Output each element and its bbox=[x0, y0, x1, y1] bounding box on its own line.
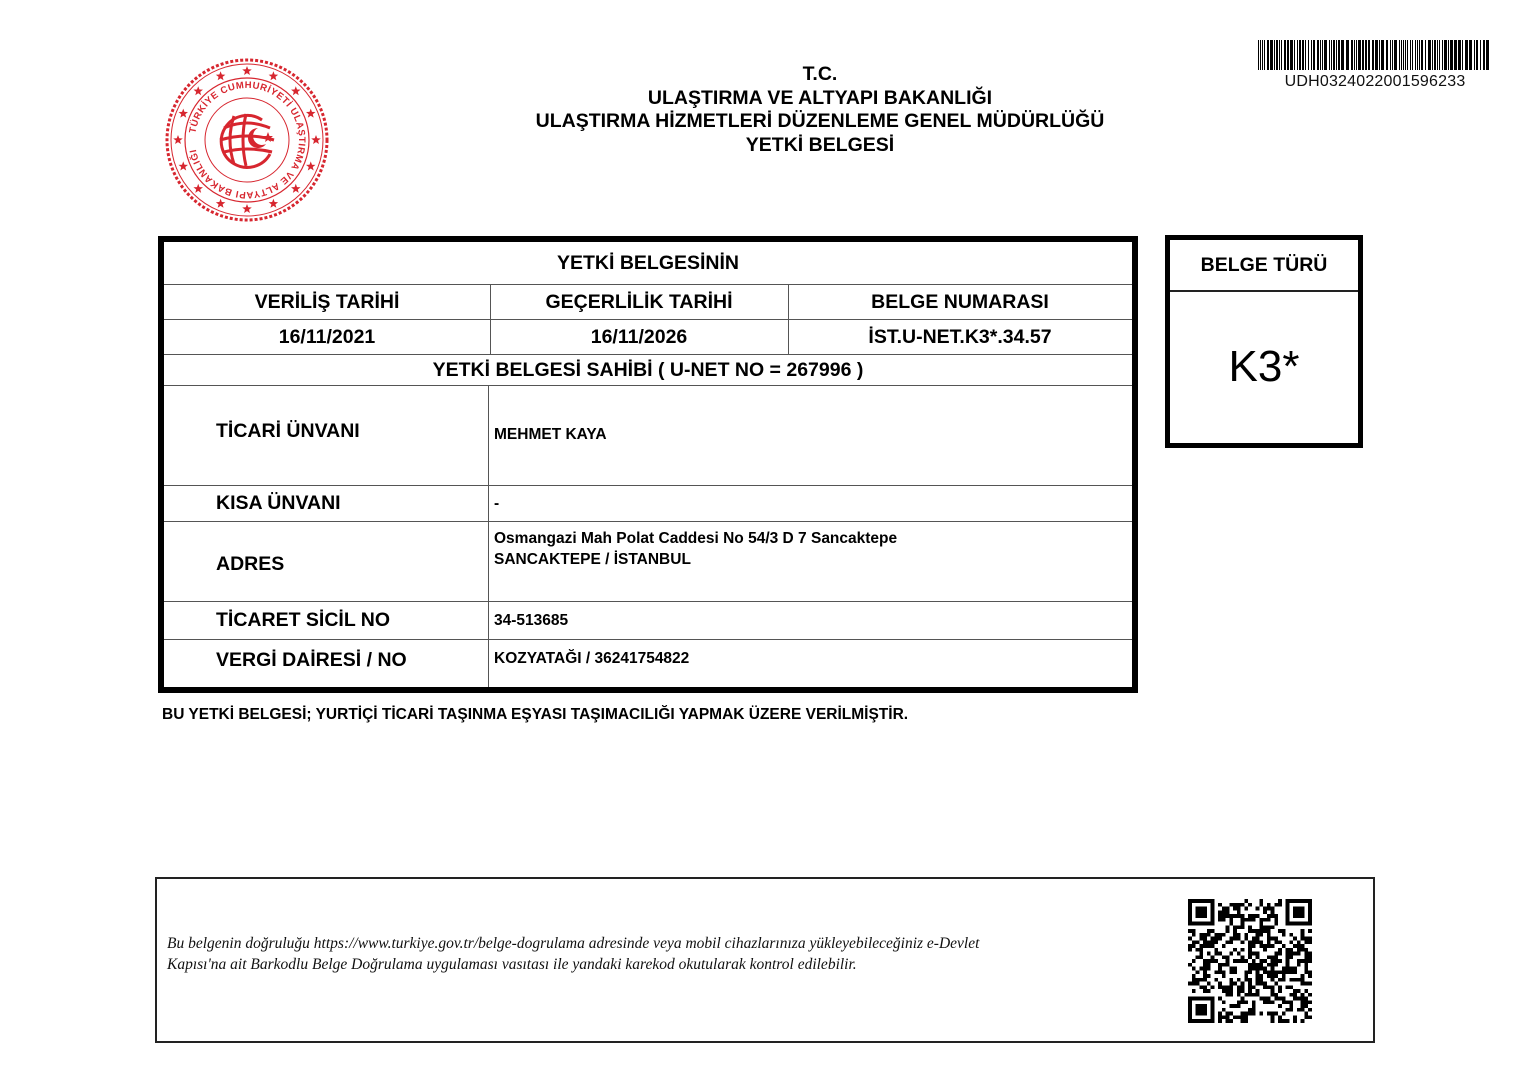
certificate-table: YETKİ BELGESİNİN VERİLİŞ TARİHİ GEÇERLİL… bbox=[158, 236, 1138, 693]
barcode-number: UDH0324022001596233 bbox=[1258, 73, 1492, 91]
document-type-box: BELGE TÜRÜ K3* bbox=[1165, 235, 1363, 448]
document-type-value: K3* bbox=[1170, 292, 1358, 442]
values-row: 16/11/2021 16/11/2026 İST.U-NET.K3*.34.5… bbox=[164, 320, 1132, 355]
verification-line-2: Kapısı'na ait Barkodlu Belge Doğrulama u… bbox=[167, 954, 1157, 975]
field-row-tax-office: VERGİ DAİRESİ / NO KOZYATAĞI / 362417548… bbox=[164, 640, 1132, 687]
trade-registry-value: 34-513685 bbox=[488, 602, 1132, 639]
trade-registry-label: TİCARET SİCİL NO bbox=[164, 602, 488, 639]
header-tc: T.C. bbox=[500, 63, 1140, 87]
column-header-row: VERİLİŞ TARİHİ GEÇERLİLİK TARİHİ BELGE N… bbox=[164, 285, 1132, 320]
short-name-label: KISA ÜNVANI bbox=[164, 486, 488, 521]
ministry-seal-logo: TÜRKİYE CUMHURİYETİ ULAŞTIRMA VE ALTYAPI… bbox=[162, 58, 332, 223]
trade-name-value: MEHMET KAYA bbox=[488, 386, 1132, 485]
short-name-value: - bbox=[488, 486, 1132, 521]
document-number-header: BELGE NUMARASI bbox=[788, 285, 1132, 319]
document-type-label: BELGE TÜRÜ bbox=[1170, 240, 1358, 292]
holder-title-row: YETKİ BELGESİ SAHİBİ ( U-NET NO = 267996… bbox=[164, 355, 1132, 386]
tax-office-value: KOZYATAĞI / 36241754822 bbox=[488, 640, 1132, 687]
field-row-short-name: KISA ÜNVANI - bbox=[164, 486, 1132, 522]
authorization-statement: BU YETKİ BELGESİ; YURTİÇİ TİCARİ TAŞINMA… bbox=[162, 706, 908, 724]
verification-footer: Bu belgenin doğruluğu https://www.turkiy… bbox=[155, 877, 1375, 1043]
header-doc-title: YETKİ BELGESİ bbox=[500, 134, 1140, 158]
issue-date-header: VERİLİŞ TARİHİ bbox=[164, 285, 490, 319]
document-header: T.C. ULAŞTIRMA VE ALTYAPI BAKANLIĞI ULAŞ… bbox=[500, 63, 1140, 157]
trade-name-label: TİCARİ ÜNVANI bbox=[164, 386, 488, 485]
header-directorate: ULAŞTIRMA HİZMETLERİ DÜZENLEME GENEL MÜD… bbox=[500, 110, 1140, 134]
qr-code-icon bbox=[1188, 899, 1312, 1023]
verification-text: Bu belgenin doğruluğu https://www.turkiy… bbox=[167, 933, 1157, 975]
holder-title: YETKİ BELGESİ SAHİBİ ( U-NET NO = 267996… bbox=[164, 355, 1132, 385]
address-line-2: SANCAKTEPE / İSTANBUL bbox=[494, 549, 691, 570]
address-line-1: Osmangazi Mah Polat Caddesi No 54/3 D 7 … bbox=[494, 528, 897, 549]
header-ministry: ULAŞTIRMA VE ALTYAPI BAKANLIĞI bbox=[500, 87, 1140, 111]
address-label: ADRES bbox=[164, 522, 488, 601]
verification-line-1: Bu belgenin doğruluğu https://www.turkiy… bbox=[167, 933, 1157, 954]
document-number-value: İST.U-NET.K3*.34.57 bbox=[788, 320, 1132, 354]
issue-date-value: 16/11/2021 bbox=[164, 320, 490, 354]
tax-office-label: VERGİ DAİRESİ / NO bbox=[164, 640, 488, 687]
address-value: Osmangazi Mah Polat Caddesi No 54/3 D 7 … bbox=[488, 522, 1132, 601]
section-title-row: YETKİ BELGESİNİN bbox=[164, 242, 1132, 285]
validity-date-header: GEÇERLİLİK TARİHİ bbox=[490, 285, 788, 319]
barcode-icon bbox=[1258, 40, 1492, 70]
section-title: YETKİ BELGESİNİN bbox=[164, 242, 1132, 284]
field-row-trade-registry: TİCARET SİCİL NO 34-513685 bbox=[164, 602, 1132, 640]
field-row-address: ADRES Osmangazi Mah Polat Caddesi No 54/… bbox=[164, 522, 1132, 602]
validity-date-value: 16/11/2026 bbox=[490, 320, 788, 354]
field-row-trade-name: TİCARİ ÜNVANI MEHMET KAYA bbox=[164, 386, 1132, 486]
